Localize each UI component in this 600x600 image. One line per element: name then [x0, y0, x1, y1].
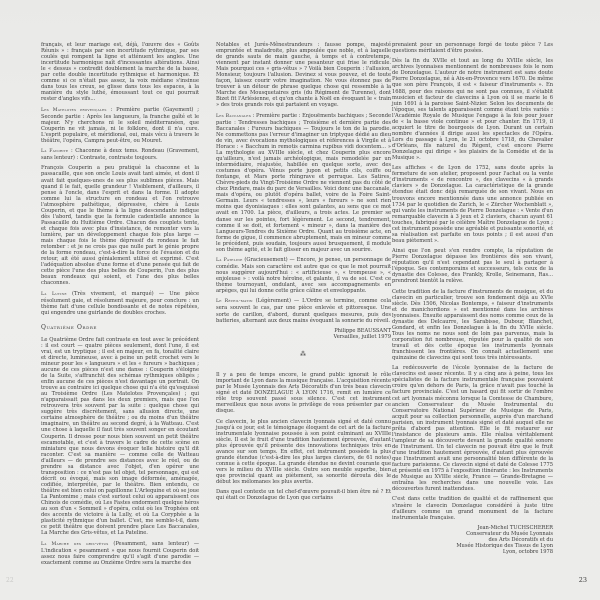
faint-page-number: 22 [6, 577, 14, 584]
paragraph-conclusion: C'est dans cette tradition de qualité et… [392, 496, 553, 520]
item-title: La Favorite [41, 149, 68, 154]
column-3: prenaient pour un personnage forgé de to… [392, 42, 553, 559]
item-baccanales: Les Baccanales : Première partie : Enjou… [216, 113, 391, 253]
item-favorite: La Favorite : Chaconne à deux tems. Rond… [41, 148, 199, 161]
paragraph-donzelague-bio: Dès la fin du XVIIe et tout au long du X… [392, 58, 553, 161]
signature-place-date: Lyon, octobre 1978 [392, 549, 553, 555]
signature-beaussant: Philippe BEAUSSANT Versailles, juillet 1… [216, 328, 391, 340]
item-matelotes: Les Matelotes provençales : Première par… [41, 107, 199, 144]
paragraph-questions: prenaient pour un personnage forgé de to… [392, 42, 553, 54]
page-number: 23 [579, 576, 587, 584]
paragraph-gouts-reunis: français, et leur mariage est, déjà, l'œ… [41, 42, 199, 102]
item-pateline: La Pateline (Gracieusement) — Encore, je… [216, 257, 391, 294]
asterism-divider: ⁂ [216, 352, 391, 358]
item-reveil-matin: Le Réveil-matin (Légèrement) — L'Ordre s… [216, 298, 391, 323]
item-title: La Pateline [216, 258, 242, 263]
section-heading-quatrieme-ordre: Quatrième Ordre [41, 325, 199, 331]
paragraph-couperin-chaconne: François Couperin a peu pratiqué la chac… [41, 165, 199, 286]
item-title: La Marche des gris-vêtus [41, 542, 108, 547]
column-1: français, et leur mariage est, déjà, l'œ… [41, 42, 199, 570]
paragraph-tradition: Cette tradition de la facture d'instrume… [392, 289, 553, 362]
paragraph-redecouverte: La redécouverte de l'école lyonnaise de … [392, 365, 553, 492]
item-title: La Lutine [41, 292, 67, 297]
column-2: Notables et Jurés-Mênestrandeurs : fauss… [216, 42, 391, 506]
paragraph-lyon-1: Il y a peu de temps encore, le grand pub… [216, 372, 391, 414]
document-page: français, et leur mariage est, déjà, l'œ… [0, 0, 600, 600]
paragraph-lyon-3: Dans quel contexte un tel chef-d'œuvre p… [216, 489, 391, 501]
item-title: Le Réveil-matin [216, 299, 253, 304]
item-marche-gris-vetus: La Marche des gris-vêtus (Pesamment, san… [41, 541, 199, 566]
item-text: : Première partie : Enjouëments bachique… [216, 113, 391, 253]
signature-place-date: Versailles, juillet 1979 [216, 334, 391, 340]
paragraph-lyon-2: Ce clavecin, le plus ancien clavecin lyo… [216, 419, 391, 486]
item-lutine: La Lutine (Très vivement, et marqué) — U… [41, 291, 199, 316]
paragraph-reputation: Ainsi que l'on peut s'en rendre compte, … [392, 248, 553, 284]
item-text: (Gracieusement) — Encore, je pense, un p… [216, 257, 391, 294]
paragraph-affiches: Les affiches « de Lyon de 1752, sans dou… [392, 165, 553, 244]
item-title: Les Matelotes provençales [41, 108, 107, 113]
paragraph-quatrieme-ordre: Le Quatrième Ordre fait contraste en tou… [41, 337, 199, 537]
item-title: Les Baccanales [216, 114, 251, 119]
paragraph-notables: Notables et Jurés-Mênestrandeurs : fauss… [216, 42, 391, 109]
signature-tuchscherer: Jean-Michel TUCHSCHERER Conservateur du … [392, 525, 553, 555]
